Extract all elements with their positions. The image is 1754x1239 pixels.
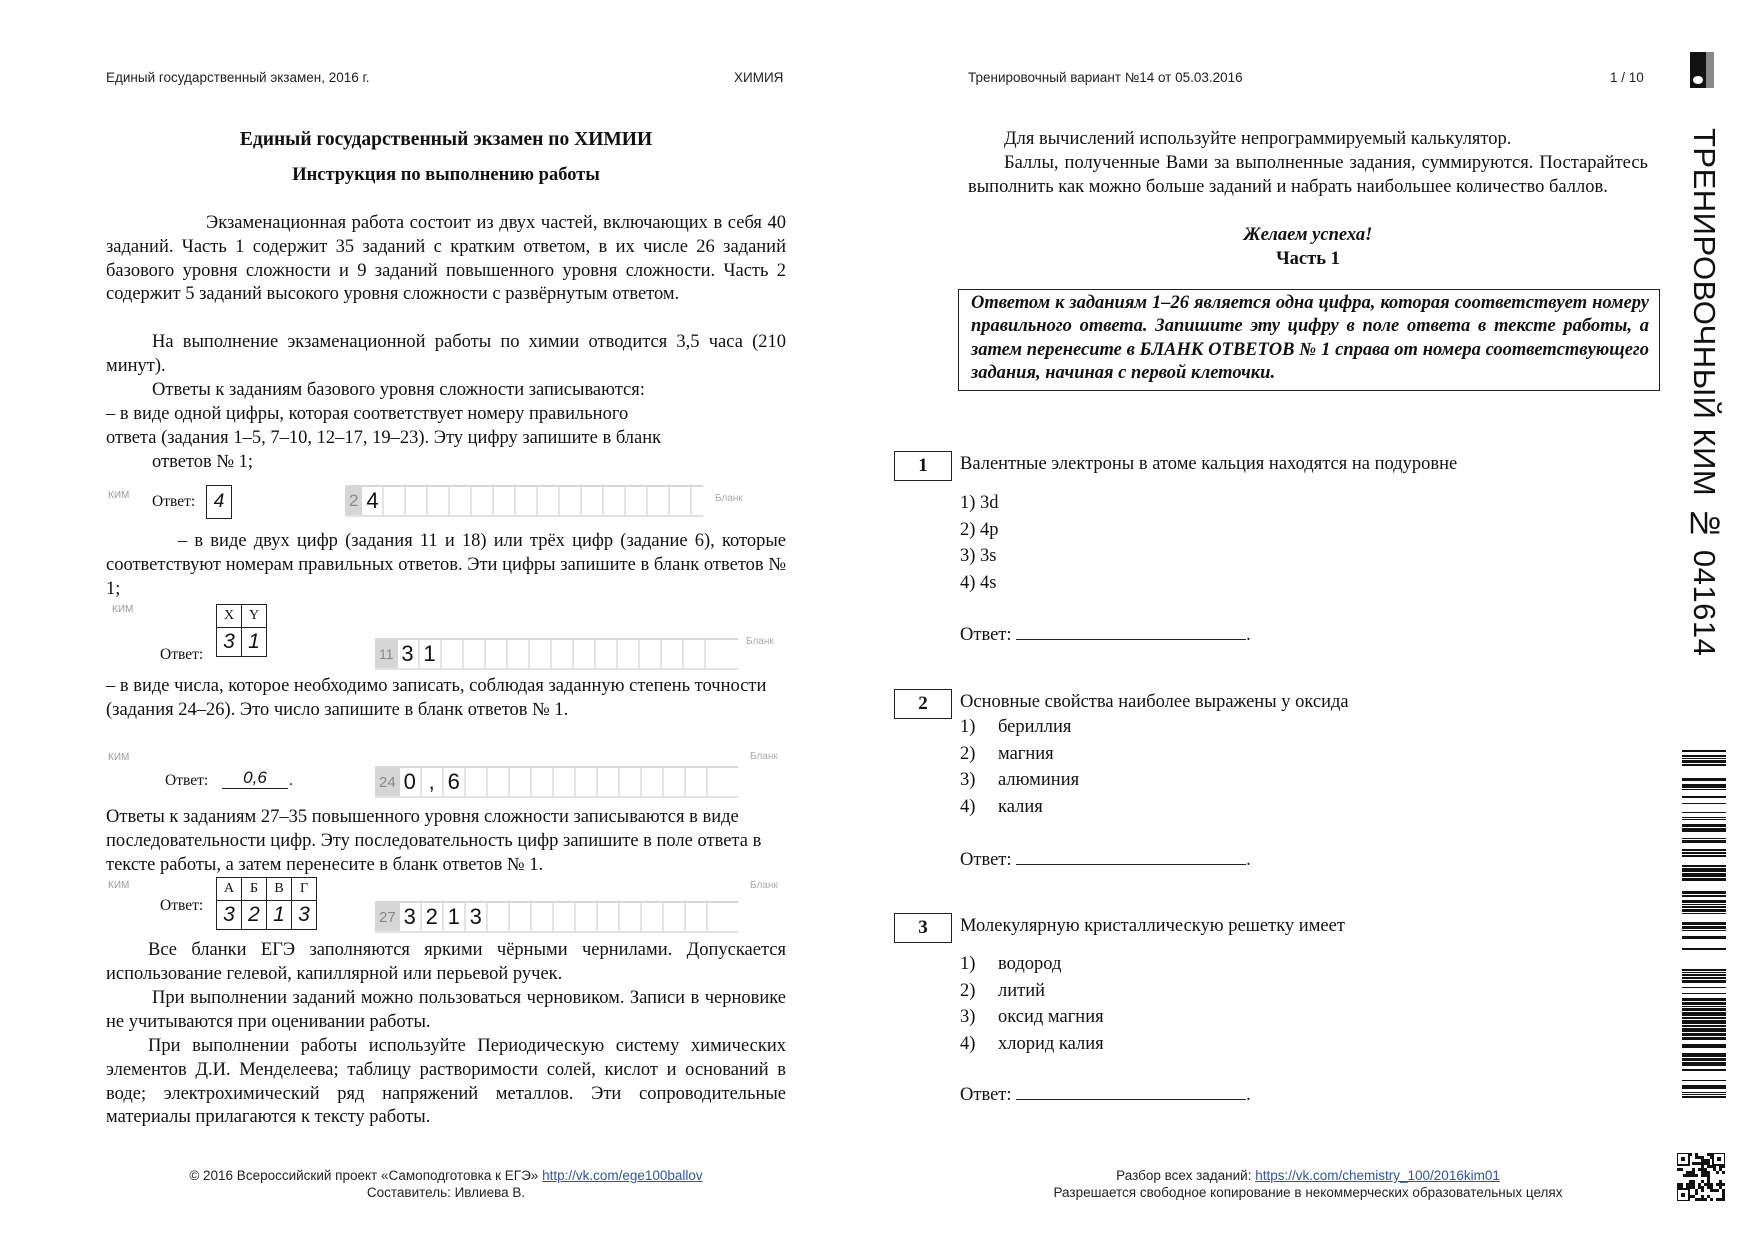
bullet-single-digit-l1: – в виде одной цифры, которая соответств… — [106, 403, 628, 427]
question-options: 1)бериллия 2)магния 3)алюминия 4)калия — [960, 714, 1079, 820]
vertical-kim-title: ТРЕНИРОВОЧНЫЙ КИМ № 041614 — [1686, 128, 1722, 656]
option[interactable]: 2) 4p — [960, 517, 999, 544]
option[interactable]: 3)оксид магния — [960, 1004, 1104, 1031]
kim-label: КИМ — [112, 604, 133, 615]
bullet-number: – в виде числа, которое необходимо запис… — [106, 675, 786, 723]
xy-answer-table: XY 31 — [216, 604, 267, 657]
question-text: Основные свойства наиболее выражены у ок… — [960, 691, 1349, 715]
good-luck-text: Желаем успеха! — [968, 224, 1648, 248]
blank-label: Бланк — [715, 493, 743, 504]
question-options: 1) 3d 2) 4p 3) 3s 4) 4s — [960, 490, 999, 596]
strip-task-number: 11 — [375, 640, 398, 668]
answer-label: Ответ: — [160, 897, 203, 915]
intro-paragraph: Экзаменационная работа состоит из двух ч… — [106, 212, 786, 307]
strip-task-number: 2 — [345, 487, 362, 515]
analysis-label: Разбор всех заданий: — [1116, 1168, 1251, 1183]
left-footer: © 2016 Всероссийский проект «Самоподгото… — [106, 1167, 786, 1201]
question-text: Молекулярную кристаллическую решетку име… — [960, 915, 1345, 939]
kim-label: КИМ — [108, 752, 129, 763]
example-answer-line: 0,6 — [222, 768, 288, 789]
answer-label: Ответ: — [152, 493, 195, 511]
qr-code-icon — [1677, 1153, 1725, 1201]
page-number: 1 / 10 — [1610, 70, 1644, 85]
option[interactable]: 1)водород — [960, 951, 1104, 978]
answer-sheet-strip: 27 3 2 1 3 — [375, 901, 738, 933]
kim-label: КИМ — [108, 880, 129, 891]
duration-paragraph: На выполнение экзаменационной работы по … — [106, 331, 786, 379]
corner-marker-icon — [1690, 52, 1714, 88]
option[interactable]: 2)литий — [960, 978, 1104, 1005]
basic-answers-heading: Ответы к заданиям базового уровня сложно… — [152, 379, 645, 403]
advanced-answers-paragraph: Ответы к заданиям 27–35 повышенного уров… — [106, 806, 786, 877]
answer-label: Ответ: — [165, 772, 208, 790]
question-text: Валентные электроны в атоме кальция нахо… — [960, 453, 1457, 477]
option[interactable]: 4)калия — [960, 794, 1079, 821]
part1-instruction-box: Ответом к заданиям 1–26 является одна ци… — [958, 289, 1660, 391]
answer-field[interactable]: Ответ: . — [960, 848, 1251, 873]
project-link[interactable]: http://vk.com/ege100ballov — [542, 1168, 703, 1183]
example-answer-box: 4 — [206, 485, 232, 519]
answer-field[interactable]: Ответ: . — [960, 623, 1251, 648]
blank-label: Бланк — [746, 636, 774, 647]
part-heading: Часть 1 — [968, 248, 1648, 272]
header-variant: Тренировочный вариант №14 от 05.03.2016 — [968, 70, 1243, 85]
question-options: 1)водород 2)литий 3)оксид магния 4)хлори… — [960, 951, 1104, 1057]
analysis-link[interactable]: https://vk.com/chemistry_100/2016kim01 — [1255, 1168, 1500, 1183]
option[interactable]: 4) 4s — [960, 570, 999, 597]
page-title: Единый государственный экзамен по ХИМИИ — [106, 128, 786, 152]
instructions-subtitle: Инструкция по выполнению работы — [106, 164, 786, 188]
strip-cell: 4 — [362, 487, 384, 515]
calculator-note: Для вычислений используйте непрограммиру… — [968, 128, 1648, 152]
materials-paragraph: При выполнении работы используйте Период… — [106, 1035, 786, 1130]
blank-label: Бланк — [750, 751, 778, 762]
scoring-note: Баллы, полученные Вами за выполненные за… — [968, 152, 1648, 200]
license-text: Разрешается свободное копирование в неко… — [1054, 1185, 1563, 1200]
strip-task-number: 27 — [375, 903, 400, 931]
answer-sheet-strip: 24 0 , 6 — [375, 766, 738, 798]
answer-label: Ответ: — [160, 646, 203, 664]
bullet-single-digit-l3: ответов № 1; — [152, 451, 253, 475]
header-subject: ХИМИЯ — [734, 70, 783, 85]
option[interactable]: 1)бериллия — [960, 714, 1079, 741]
strip-task-number: 24 — [375, 768, 400, 796]
option[interactable]: 2)магния — [960, 741, 1079, 768]
blank-label: Бланк — [750, 880, 778, 891]
option[interactable]: 1) 3d — [960, 490, 999, 517]
option[interactable]: 4)хлорид калия — [960, 1031, 1104, 1058]
ink-paragraph: Все бланки ЕГЭ заполняются яркими чёрным… — [106, 939, 786, 987]
right-footer: Разбор всех заданий: https://vk.com/chem… — [968, 1167, 1648, 1201]
bullet-single-digit-l2: ответа (задания 1–5, 7–10, 12–17, 19–23)… — [106, 427, 661, 451]
question-number: 2 — [894, 689, 952, 719]
author-text: Составитель: Ивлиева В. — [367, 1185, 525, 1200]
barcode-icon — [1682, 750, 1726, 1100]
option[interactable]: 3) 3s — [960, 543, 999, 570]
example-answer-value: 4 — [214, 491, 225, 513]
question-number: 3 — [894, 913, 952, 943]
question-number: 1 — [894, 451, 952, 481]
abvg-answer-table: А Б В Г 3 2 1 3 — [216, 877, 317, 930]
answer-sheet-strip: 11 3 1 — [375, 638, 738, 670]
kim-label: КИМ — [108, 490, 129, 501]
copyright-text: © 2016 Всероссийский проект «Самоподгото… — [189, 1168, 538, 1183]
bullet-two-digits: – в виде двух цифр (задания 11 и 18) или… — [106, 530, 786, 601]
header-exam-title: Единый государственный экзамен, 2016 г. — [106, 70, 370, 85]
answer-field[interactable]: Ответ: . — [960, 1083, 1251, 1108]
option[interactable]: 3)алюминия — [960, 767, 1079, 794]
answer-sheet-strip: 2 4 — [345, 485, 703, 517]
draft-paragraph: При выполнении заданий можно пользоватьс… — [106, 987, 786, 1035]
